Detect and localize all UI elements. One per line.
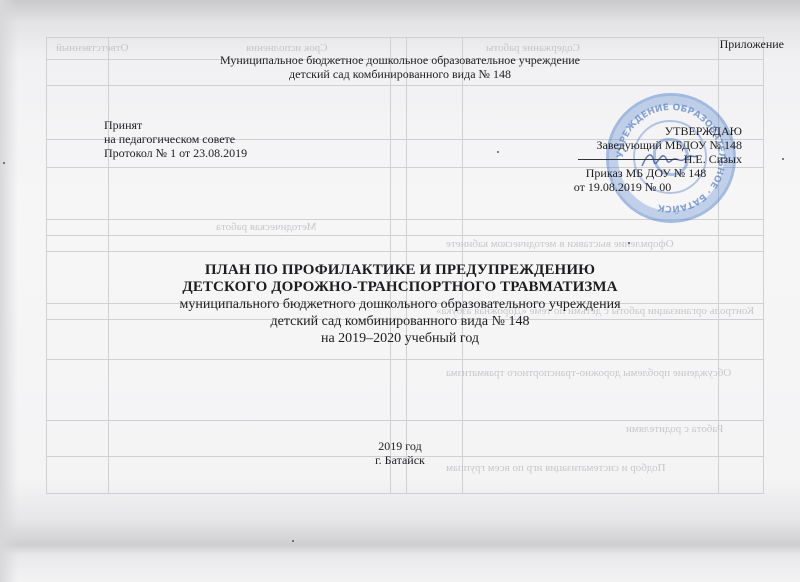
approval-block: УТВЕРЖДАЮ Заведующий МБДОУ № 148 Н.Е. Си… bbox=[578, 124, 742, 194]
approval-order: Приказ МБ ДОУ № 148 bbox=[586, 166, 742, 180]
appendix-label: Приложение bbox=[720, 37, 784, 52]
organization-name: Муниципальное бюджетное дошкольное образ… bbox=[0, 53, 800, 67]
footer-year: 2019 год bbox=[0, 439, 800, 453]
organization-header: Муниципальное бюджетное дошкольное образ… bbox=[0, 53, 800, 81]
accepted-council: на педагогическом совете bbox=[104, 132, 247, 146]
approval-order-date: от 19.08.2019 № 00 bbox=[574, 180, 742, 194]
approval-name: Н.Е. Сизых bbox=[684, 152, 742, 166]
bleed-row: Оформление выставки в методическом кабин… bbox=[446, 238, 674, 250]
title-kindergarten: детский сад комбинированного вида № 148 bbox=[0, 313, 800, 330]
title-academic-year: на 2019–2020 учебный год bbox=[0, 330, 800, 347]
bleed-row: Работа с родителями bbox=[626, 423, 723, 435]
accepted-protocol: Протокол № 1 от 23.08.2019 bbox=[104, 146, 247, 160]
accepted-block: Принят на педагогическом совете Протокол… bbox=[104, 118, 247, 160]
document-title: ПЛАН ПО ПРОФИЛАКТИКЕ И ПРЕДУПРЕЖДЕНИЮ ДЕ… bbox=[0, 262, 800, 347]
bleed-row: Обсуждение проблемы дорожно-транспортног… bbox=[446, 367, 731, 379]
signature-line bbox=[578, 159, 678, 160]
approval-position: Заведующий МБДОУ № 148 bbox=[578, 138, 742, 152]
document-footer: 2019 год г. Батайск bbox=[0, 439, 800, 467]
title-institution: муниципального бюджетного дошкольного об… bbox=[0, 296, 800, 313]
footer-city: г. Батайск bbox=[0, 453, 800, 467]
accepted-label: Принят bbox=[104, 118, 247, 132]
title-line-2: ДЕТСКОГО ДОРОЖНО-ТРАНСПОРТНОГО ТРАВМАТИЗ… bbox=[0, 279, 800, 296]
title-line-1: ПЛАН ПО ПРОФИЛАКТИКЕ И ПРЕДУПРЕЖДЕНИЮ bbox=[0, 262, 800, 279]
organization-subtitle: детский сад комбинированного вида № 148 bbox=[0, 67, 800, 81]
scanned-page: Ответственный Срок исполнения Содержание… bbox=[0, 0, 800, 582]
approval-label: УТВЕРЖДАЮ bbox=[578, 124, 742, 138]
bleed-row: Методическая работа bbox=[216, 221, 316, 233]
